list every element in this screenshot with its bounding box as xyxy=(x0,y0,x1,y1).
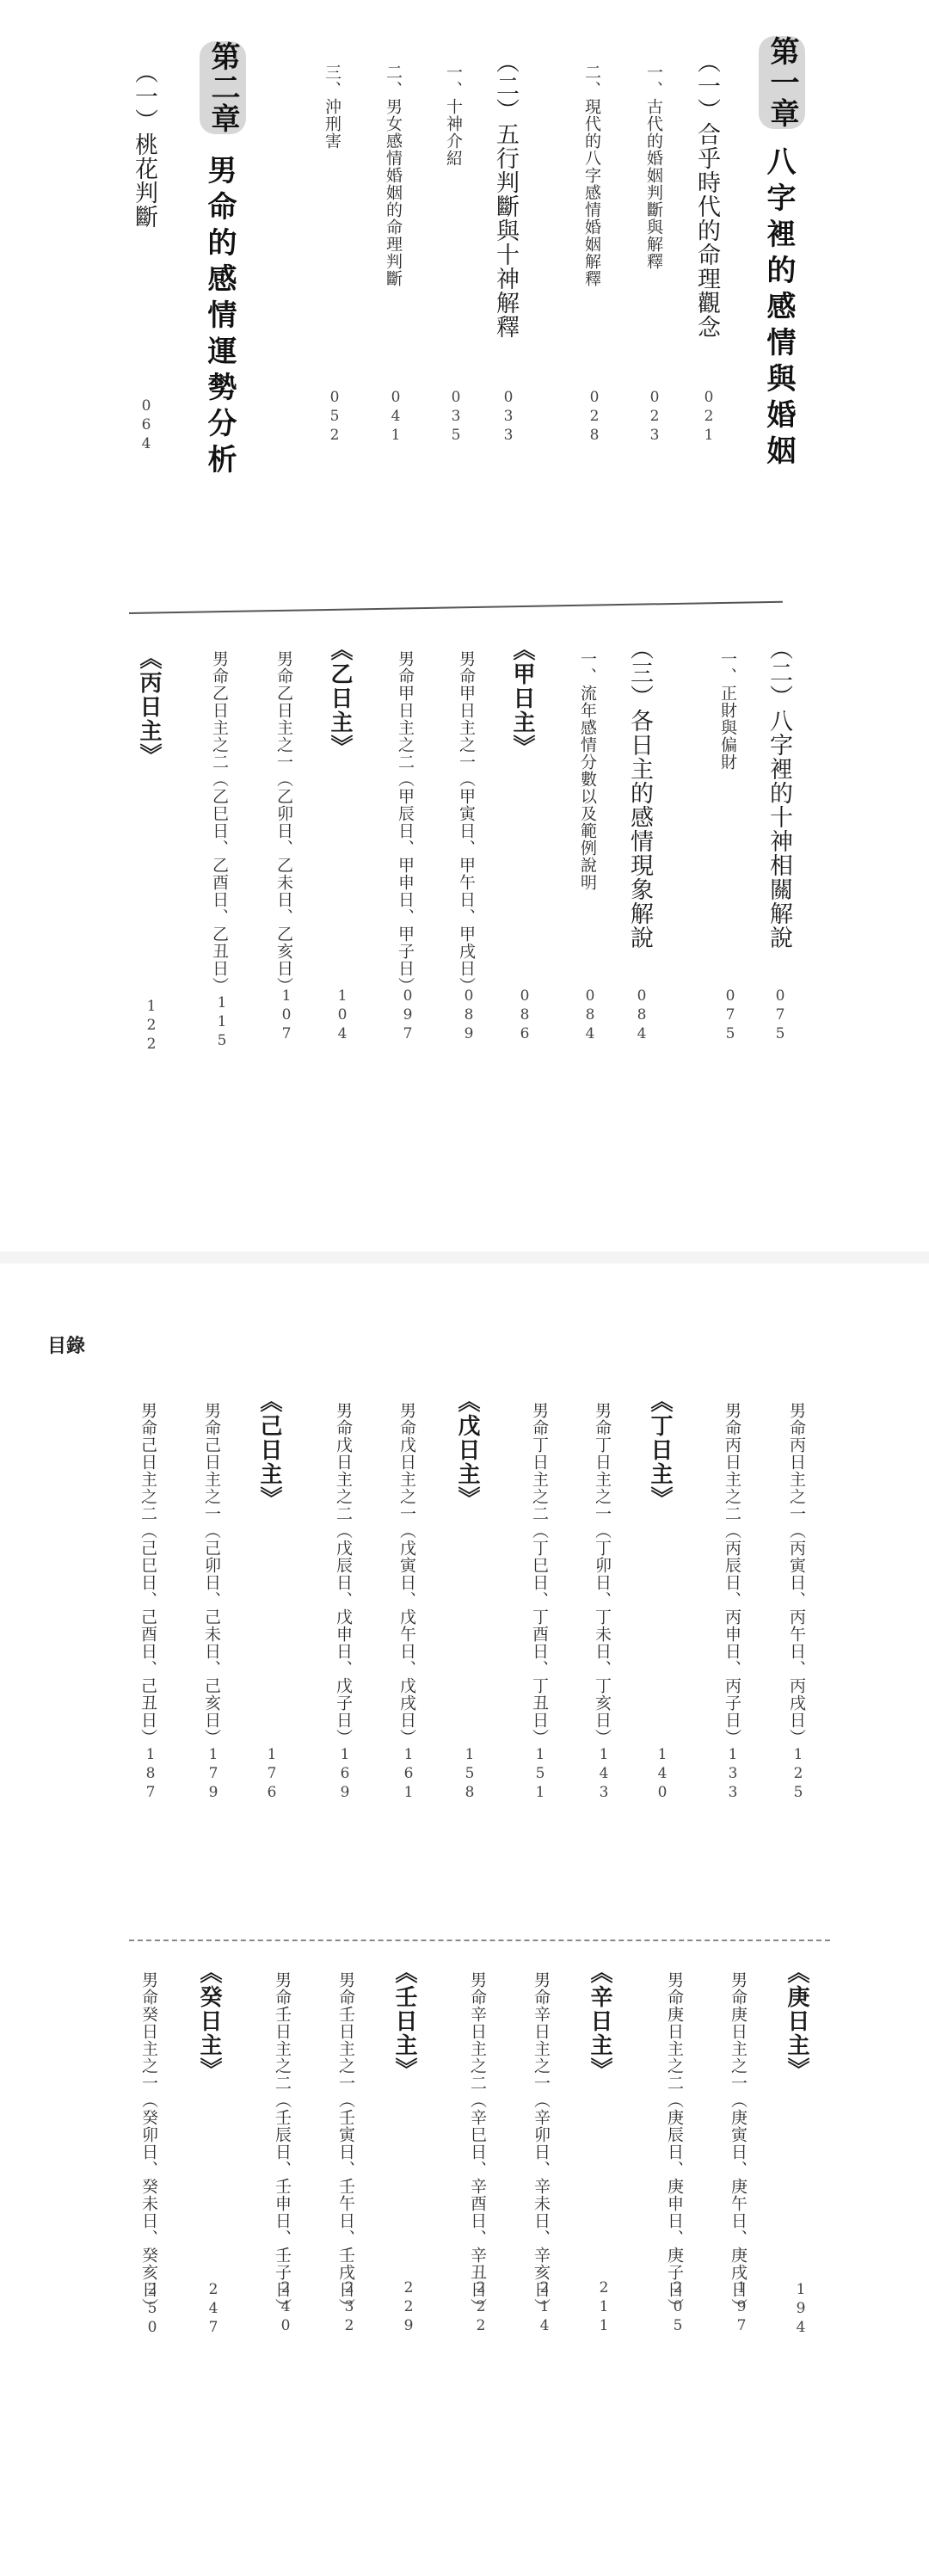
day-master-heading[interactable]: 《甲日主》 xyxy=(511,638,533,759)
page-number: 133 xyxy=(725,1746,740,1803)
page-number: 140 xyxy=(655,1746,669,1803)
toc-section[interactable]: （三）各日主的感情現象解說 xyxy=(628,636,651,950)
toc-entry[interactable]: 一、正財與偏財 xyxy=(719,650,735,771)
chapter-1-badge: 第一章 xyxy=(759,36,805,129)
chapter-2-title: 男命的感情運勢分析 xyxy=(205,155,234,480)
page-number: 075 xyxy=(723,987,737,1044)
day-master-heading[interactable]: 《乙日主》 xyxy=(329,638,351,759)
page-number: 176 xyxy=(264,1746,279,1803)
day-master-heading[interactable]: 《辛日主》 xyxy=(588,1961,611,2081)
divider-line xyxy=(129,1940,830,1941)
page-number: 214 xyxy=(537,2279,551,2336)
toc-section[interactable]: （一）桃花判斷 xyxy=(132,60,156,229)
day-master-heading[interactable]: 《庚日主》 xyxy=(785,1961,808,2081)
toc-entry[interactable]: 男命甲日主之二（甲辰日、甲申日、甲子日） xyxy=(397,650,413,994)
toc-entry[interactable]: 一、十神介紹 xyxy=(445,64,461,167)
page-number: 158 xyxy=(462,1746,477,1803)
page-number: 187 xyxy=(143,1746,157,1803)
page-number: 222 xyxy=(473,2279,488,2336)
toc-section[interactable]: （二）五行判斷與十神解釋 xyxy=(494,50,517,339)
page-number: 023 xyxy=(647,389,661,446)
chapter-1-title: 八字裡的感情與婚姻 xyxy=(764,146,793,471)
page-number: 064 xyxy=(138,397,153,454)
page-number: 205 xyxy=(670,2279,685,2336)
page-number: 232 xyxy=(341,2279,356,2336)
page-number: 169 xyxy=(337,1746,352,1803)
toc-section[interactable]: （二）八字裡的十神相關解說 xyxy=(767,636,791,950)
toc-entry[interactable]: 男命癸日主之一（癸卯日、癸未日、癸亥日） xyxy=(140,1971,157,2315)
toc-entry[interactable]: 男命己日主之一（己卯日、己未日、己亥日） xyxy=(203,1402,219,1746)
page-number: 089 xyxy=(461,987,476,1044)
chapter-2-badge: 第二章 xyxy=(200,41,246,134)
toc-entry[interactable]: 男命戊日主之一（戊寅日、戊午日、戊戌日） xyxy=(398,1402,415,1746)
page-number: 041 xyxy=(388,389,403,446)
toc-entry[interactable]: 一、古代的婚姻判斷與解釋 xyxy=(645,64,661,270)
page-number: 084 xyxy=(582,987,597,1044)
page-number: 194 xyxy=(793,2281,808,2338)
page-number: 086 xyxy=(517,987,532,1044)
page-number: 240 xyxy=(278,2279,292,2336)
toc-entry[interactable]: 男命戊日主之二（戊辰日、戊申日、戊子日） xyxy=(335,1402,351,1746)
divider-line xyxy=(129,601,783,614)
page-number: 052 xyxy=(327,389,341,446)
toc-entry[interactable]: 男命乙日主之二（乙巳日、乙酉日、乙丑日） xyxy=(211,650,227,994)
page-number: 104 xyxy=(335,987,349,1044)
toc-entry[interactable]: 男命庚日主之一（庚寅日、庚午日、庚戌日） xyxy=(729,1971,746,2315)
toc-entry[interactable]: 男命壬日主之二（壬辰日、壬申日、壬子日） xyxy=(274,1971,290,2315)
page-number: 021 xyxy=(701,389,716,446)
page-number: 250 xyxy=(145,2281,159,2338)
page-number: 084 xyxy=(634,987,649,1044)
toc-entry[interactable]: 男命乙日主之一（乙卯日、乙未日、乙亥日） xyxy=(275,650,292,994)
page-number: 115 xyxy=(214,994,229,1051)
page-number: 035 xyxy=(448,389,463,446)
toc-entry[interactable]: 二、男女感情婚姻的命理判斷 xyxy=(385,64,401,287)
page-number: 179 xyxy=(206,1746,220,1803)
page-number: 247 xyxy=(206,2281,220,2338)
page-number: 122 xyxy=(144,998,158,1054)
toc-entry[interactable]: 三、沖刑害 xyxy=(323,64,340,150)
toc-entry[interactable]: 男命辛日主之一（辛卯日、辛未日、辛亥日） xyxy=(532,1971,549,2315)
toc-section[interactable]: （一）合乎時代的命理觀念 xyxy=(695,50,718,339)
toc-entry[interactable]: 男命丁日主之一（丁卯日、丁未日、丁亥日） xyxy=(594,1402,610,1746)
page-number: 107 xyxy=(279,987,293,1044)
page-number: 161 xyxy=(401,1746,415,1803)
toc-entry[interactable]: 男命丙日主之二（丙辰日、丙申日、丙子日） xyxy=(723,1402,740,1746)
toc-entry[interactable]: 男命丁日主之二（丁巳日、丁酉日、丁丑日） xyxy=(531,1402,547,1746)
page-number: 229 xyxy=(401,2279,415,2336)
toc-entry[interactable]: 一、流年感情分數以及範例說明 xyxy=(579,650,595,891)
toc-page-2: 男命丙日主之一（丙寅日、丙午日、丙戌日） 125 男命丙日主之二（丙辰日、丙申日… xyxy=(0,1264,929,2576)
day-master-heading[interactable]: 《戊日主》 xyxy=(456,1390,478,1510)
page-number: 125 xyxy=(791,1746,805,1803)
toc-entry[interactable]: 男命庚日主之二（庚辰日、庚申日、庚子日） xyxy=(666,1971,682,2315)
page-number: 075 xyxy=(772,987,787,1044)
page-number: 211 xyxy=(596,2279,611,2336)
day-master-heading[interactable]: 《己日主》 xyxy=(258,1390,280,1510)
day-master-heading[interactable]: 《丙日主》 xyxy=(138,647,160,767)
page-number: 197 xyxy=(734,2279,748,2336)
page-separator xyxy=(0,1251,929,1263)
page-number: 097 xyxy=(400,987,415,1044)
page-number: 033 xyxy=(501,389,515,446)
toc-entry[interactable]: 男命甲日主之一（甲寅日、甲午日、甲戌日） xyxy=(458,650,474,994)
toc-entry[interactable]: 男命壬日主之一（壬寅日、壬午日、壬戌日） xyxy=(337,1971,354,2315)
day-master-heading[interactable]: 《癸日主》 xyxy=(198,1961,220,2081)
toc-entry[interactable]: 男命丙日主之一（丙寅日、丙午日、丙戌日） xyxy=(788,1402,804,1746)
day-master-heading[interactable]: 《壬日主》 xyxy=(393,1961,415,2081)
toc-entry[interactable]: 男命辛日主之二（辛巳日、辛酉日、辛丑日） xyxy=(469,1971,485,2315)
toc-page-1: 第一章 八字裡的感情與婚姻 （一）合乎時代的命理觀念 021 一、古代的婚姻判斷… xyxy=(0,0,929,1230)
toc-entry[interactable]: 二、現代的八字感情婚姻解釋 xyxy=(583,64,600,287)
page-number: 143 xyxy=(596,1746,611,1803)
day-master-heading[interactable]: 《丁日主》 xyxy=(649,1390,671,1510)
page-number: 151 xyxy=(532,1746,547,1803)
page-number: 028 xyxy=(587,389,601,446)
toc-entry[interactable]: 男命己日主之二（己巳日、己酉日、己丑日） xyxy=(139,1402,156,1746)
